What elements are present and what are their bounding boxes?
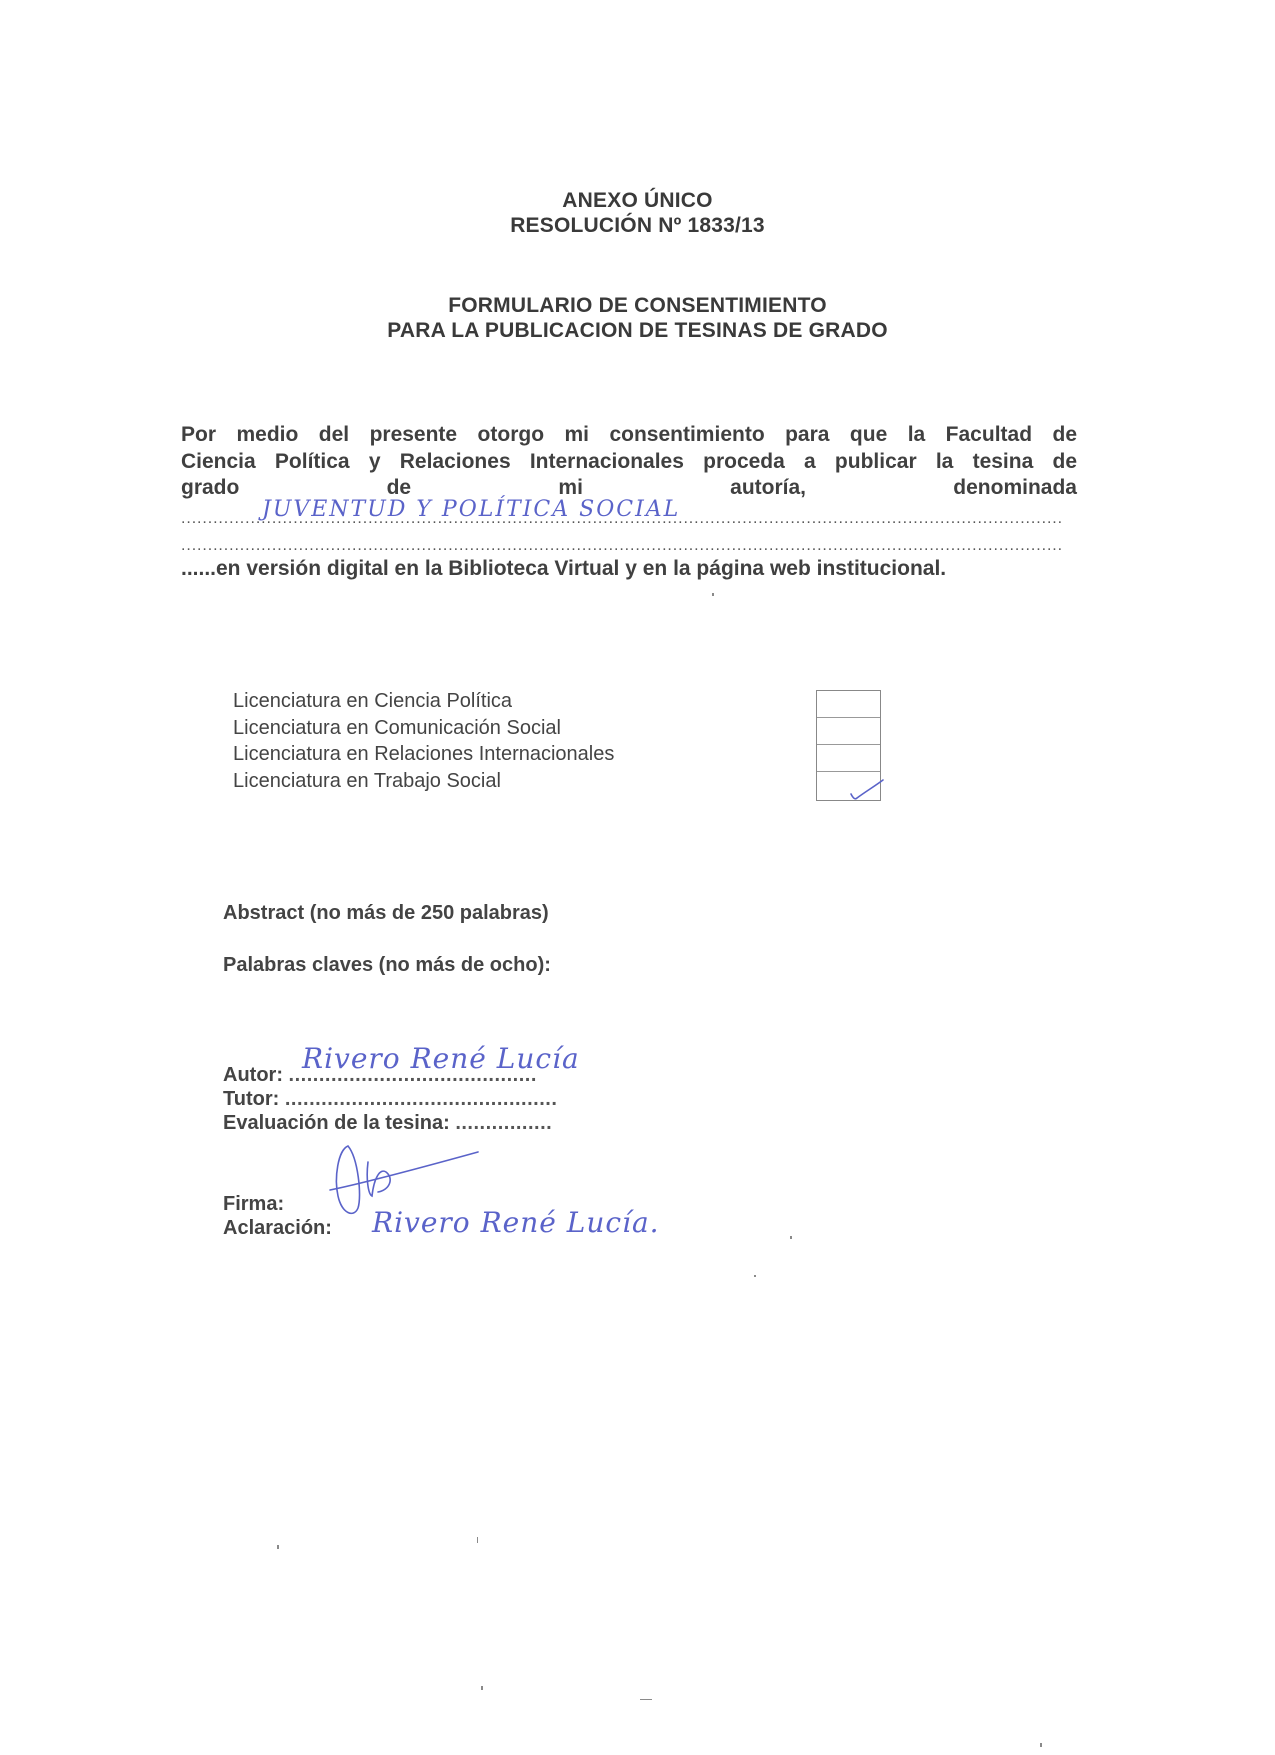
tutor-field: Tutor: .................................… [223,1088,557,1111]
evaluation-field: Evaluación de la tesina: ...............… [223,1112,552,1135]
scan-speck [477,1537,478,1543]
author-label: Autor: [223,1064,283,1086]
thesis-title-handwritten[interactable]: JUVENTUD Y POLÍTICA SOCIAL [262,497,680,522]
check-mark-icon [817,758,887,798]
scan-speck [754,1275,756,1277]
consent-closing: ......en versión digital en la Bibliotec… [181,556,1081,583]
scan-speck [481,1686,483,1690]
author-handwritten[interactable]: Rivero René Lucía [302,1042,580,1075]
checkbox-comunicacion-social[interactable] [817,718,880,745]
consent-paragraph: Por medio del presente otorgo mi consent… [181,422,1077,502]
checkbox-trabajo-social[interactable] [817,772,880,800]
scan-speck [790,1236,792,1239]
consent-line-2: Ciencia Política y Relaciones Internacio… [181,449,1077,476]
clarification-handwritten[interactable]: Rivero René Lucía. [372,1206,660,1239]
thesis-title-dotted-line-2: ........................................… [181,537,1061,555]
degree-list: Licenciatura en Ciencia Política Licenci… [233,688,614,794]
word-denominada: denominada [953,475,1077,502]
form-title-line2: PARA LA PUBLICACION DE TESINAS DE GRADO [0,318,1275,343]
degree-option-trabajo-social: Licenciatura en Trabajo Social [233,768,614,795]
degree-option-relaciones-internacionales: Licenciatura en Relaciones Internacional… [233,741,614,768]
form-title-line1: FORMULARIO DE CONSENTIMIENTO [0,293,1275,318]
scan-speck [1040,1743,1042,1747]
scan-speck [712,593,714,596]
degree-option-ciencia-politica: Licenciatura en Ciencia Política [233,688,614,715]
scan-speck [277,1545,279,1549]
resolution-number: RESOLUCIÓN Nº 1833/13 [0,213,1275,238]
evaluation-dotted-line[interactable]: ................ [455,1112,552,1134]
evaluation-label: Evaluación de la tesina: [223,1112,450,1134]
abstract-label: Abstract (no más de 250 palabras) [223,902,549,925]
consent-closing-text: ......en versión digital en la Bibliotec… [181,556,1081,583]
clarification-label: Aclaración: [223,1217,332,1240]
word-autoria: autoría, [730,475,806,502]
scan-speck [640,1699,652,1700]
checkbox-ciencia-politica[interactable] [817,691,880,718]
annex-title: ANEXO ÚNICO [0,188,1275,213]
keywords-label: Palabras claves (no más de ocho): [223,954,551,977]
tutor-label: Tutor: [223,1088,279,1110]
signature-label: Firma: [223,1193,284,1216]
degree-checkbox-column [816,690,881,801]
degree-option-comunicacion-social: Licenciatura en Comunicación Social [233,715,614,742]
word-grado: grado [181,475,239,502]
consent-line-1: Por medio del presente otorgo mi consent… [181,422,1077,449]
tutor-dotted-line[interactable]: ........................................… [285,1088,558,1110]
